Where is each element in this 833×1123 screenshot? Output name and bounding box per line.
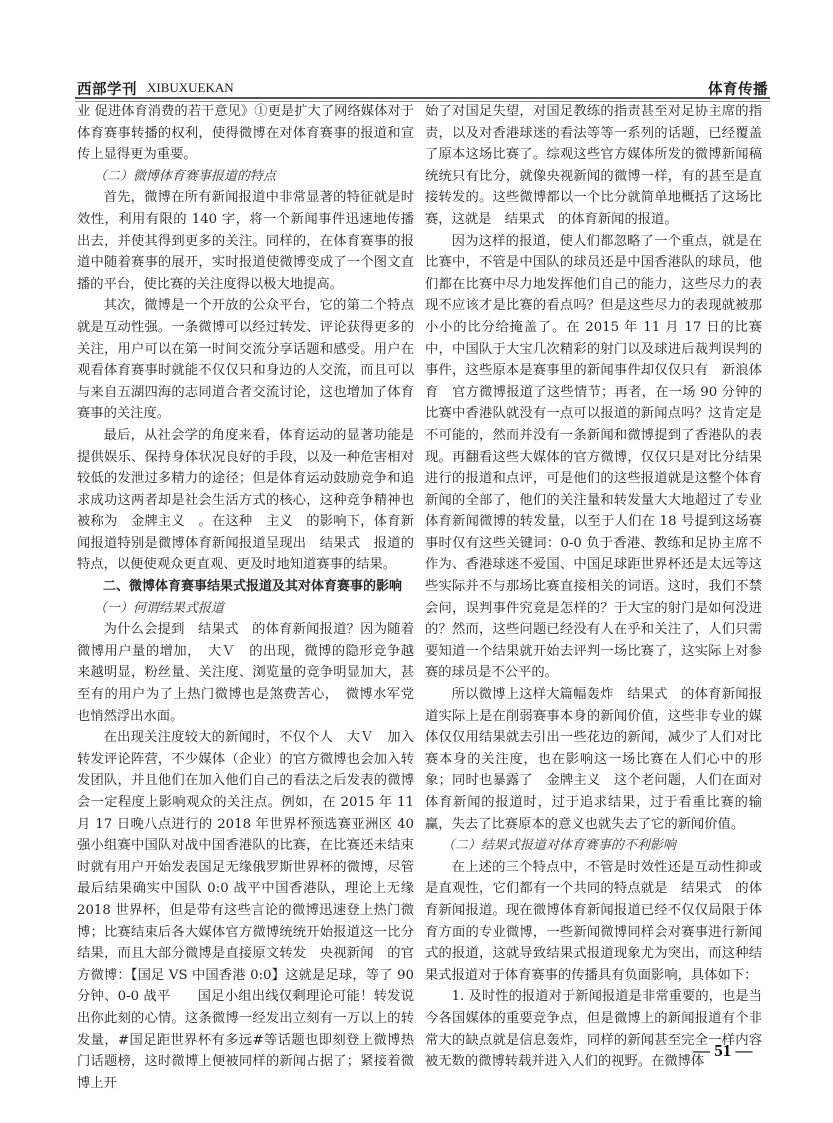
- paragraph: 在上述的三个特点中，不管是时效性还是互动性抑或是直观性，它们都有一个共同的特点就…: [425, 857, 762, 987]
- paragraph: 最后，从社会学的角度来看，体育运动的显著功能是提供娱乐、保持身体状况良好的手段，…: [77, 425, 414, 576]
- subheading: （二）结果式报道对体育赛事的不利影响: [425, 835, 762, 857]
- section-heading: 二、微博体育赛事结果式报道及其对体育赛事的影响: [77, 576, 414, 598]
- paragraph: 其次，微博是一个开放的公众平台，它的第二个特点就是互动性强。一条微博可以经过转发…: [77, 295, 414, 425]
- section-title: 体育传播: [708, 78, 768, 99]
- paragraph: 业 促进体育消费的若干意见》①更是扩大了网络媒体对于体育赛事转播的权利，使得微博…: [77, 101, 414, 166]
- paragraph: 因为这样的报道，使人们都忽略了一个重点，就是在比赛中，不管是中国队的球员还是中国…: [425, 231, 762, 684]
- journal-title: 西部学刊: [77, 78, 137, 99]
- paragraph: 始了对国足失望，对国足教练的指责甚至对足协主席的指责，以及对香港球迷的看法等等一…: [425, 101, 762, 231]
- subheading: （一）何谓结果式报道: [77, 598, 414, 620]
- paragraph: 首先，微博在所有新闻报道中非常显著的特征就是时效性，利用有限的 140 字，将一…: [77, 187, 414, 295]
- right-column: 始了对国足失望，对国足教练的指责甚至对足协主席的指责，以及对香港球迷的看法等等一…: [425, 101, 762, 1073]
- paragraph: 所以微博上这样大篇幅轰炸 结果式 的体育新闻报道实际上是在削弱赛事本身的新闻价值…: [425, 684, 762, 835]
- paragraph: 为什么会提到 结果式 的体育新闻报道？因为随着微博用户量的增加， 大Ｖ 的出现，…: [77, 619, 414, 727]
- header-rule: [75, 97, 770, 99]
- left-column: 业 促进体育消费的若干意见》①更是扩大了网络媒体对于体育赛事转播的权利，使得微博…: [77, 101, 414, 1094]
- journal-title-en: XIBUXUEKAN: [147, 80, 234, 96]
- page-number: — 51 —: [693, 1041, 753, 1061]
- paragraph: 在出现关注度较大的新闻时，不仅个人 大Ｖ 加入转发评论阵营，不少媒体（企业）的官…: [77, 727, 414, 1094]
- running-header: 西部学刊 XIBUXUEKAN 体育传播: [75, 74, 770, 98]
- subheading: （二）微博体育赛事报道的特点: [77, 166, 414, 188]
